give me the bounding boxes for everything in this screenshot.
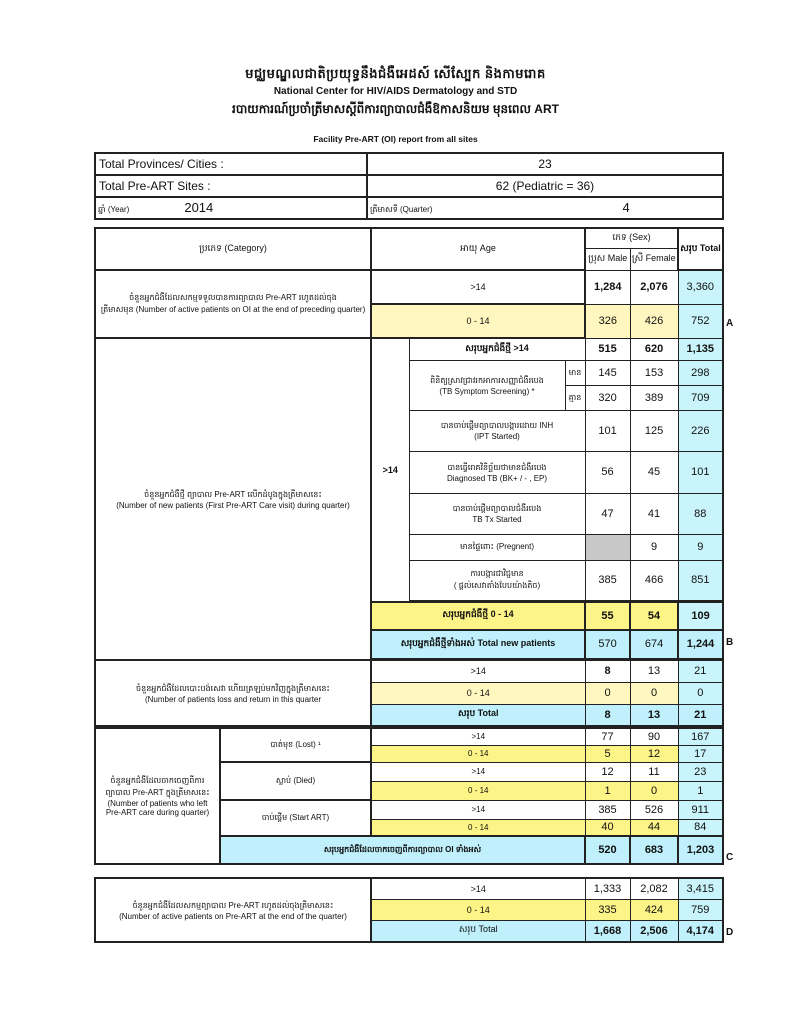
- male-cell: 320: [585, 385, 630, 410]
- provinces-label: Total Provinces/ Cities :: [95, 153, 367, 175]
- female-cell: 13: [630, 704, 678, 726]
- total-cell: 88: [678, 493, 723, 534]
- female-cell: 526: [630, 800, 678, 819]
- total-cell: 1: [678, 781, 723, 800]
- sex-header: ភេទ (Sex): [585, 228, 678, 248]
- female-header: ស្រី Female: [630, 248, 678, 270]
- subtotal-child-label: សរុបអ្នកជំងឺថ្មី 0 - 14: [371, 602, 585, 630]
- year-value: 2014: [184, 200, 213, 215]
- section-c-label: ចំនួនអ្នកជំងឺដែលចាកចេញពីការព្យាបាល Pre-A…: [95, 728, 220, 864]
- male-cell: 326: [585, 304, 630, 338]
- sites-value: 62 (Pediatric = 36): [367, 175, 723, 197]
- english-title: National Center for HIV/AIDS Dermatology…: [0, 86, 791, 97]
- female-cell: 674: [630, 630, 678, 659]
- female-cell: 13: [630, 660, 678, 682]
- female-cell: 54: [630, 602, 678, 630]
- total-cell: 298: [678, 360, 723, 385]
- report-title: Facility Pre-ART (OI) report from all si…: [0, 134, 791, 144]
- section-d-label: ចំនួនអ្នកជំងឺដែលសកម្មព្យាបាល Pre-ART រហូ…: [95, 878, 371, 942]
- row-label: បានធ្វើរោគវិនិច្ឆ័យថាមានជំងឺរបេងDiagnose…: [409, 451, 585, 493]
- total-cell: 84: [678, 819, 723, 836]
- row-label: បានចាប់ផ្តើមព្យាបាលបង្ការដោយ INH(IPT Sta…: [409, 410, 585, 451]
- khmer-subtitle: របាយការណ៍ប្រចាំត្រីមាសស្តីពីការព្យាបាលជំ…: [0, 101, 791, 119]
- quarter-value: 4: [622, 200, 629, 215]
- male-cell: 515: [585, 338, 630, 360]
- male-cell-disabled: [585, 534, 630, 560]
- total-cell: 1,203: [678, 836, 723, 864]
- male-cell: 385: [585, 800, 630, 819]
- male-cell: 40: [585, 819, 630, 836]
- female-cell: 90: [630, 728, 678, 745]
- male-header: ប្រុស Male: [585, 248, 630, 270]
- male-cell: 570: [585, 630, 630, 659]
- total-cell: 226: [678, 410, 723, 451]
- female-cell: 9: [630, 534, 678, 560]
- group-label-lost: បាត់មុខ (Lost) ¹: [220, 728, 371, 762]
- male-cell: 1,333: [585, 878, 630, 899]
- section-d-total-label: សរុប Total: [371, 920, 585, 942]
- age-cell: >14: [371, 762, 585, 781]
- total-cell: 109: [678, 602, 723, 630]
- female-cell: 2,076: [630, 270, 678, 304]
- marker-a: A: [726, 318, 733, 329]
- age-cell: 0 - 14: [371, 682, 585, 704]
- row-label: បានចាប់ផ្តើមព្យាបាលជំងឺរបេងTB Tx Started: [409, 493, 585, 534]
- year-cell: ឆ្នាំ (Year)2014: [95, 197, 367, 219]
- total-cell: 17: [678, 745, 723, 762]
- female-cell: 0: [630, 781, 678, 800]
- subtotal-adult-label: សរុបអ្នកជំងឺថ្មី >14: [409, 338, 585, 360]
- age-cell: >14: [371, 728, 585, 745]
- age-cell: 0 - 14: [371, 819, 585, 836]
- female-cell: 0: [630, 682, 678, 704]
- category-header: ប្រភេទ (Category): [95, 228, 371, 270]
- total-cell: 167: [678, 728, 723, 745]
- total-cell: 1,135: [678, 338, 723, 360]
- summary-table: Total Provinces/ Cities : 23 Total Pre-A…: [94, 152, 724, 220]
- section-c-table: ចំនួនអ្នកជំងឺដែលចាកចេញពីការព្យាបាល Pre-A…: [94, 727, 724, 865]
- section-d-table: ចំនួនអ្នកជំងឺដែលសកម្មព្យាបាល Pre-ART រហូ…: [94, 877, 724, 943]
- female-cell: 424: [630, 899, 678, 920]
- female-cell: 389: [630, 385, 678, 410]
- year-label: ឆ្នាំ (Year): [98, 205, 129, 214]
- age-cell: 0 - 14: [371, 899, 585, 920]
- female-cell: 125: [630, 410, 678, 451]
- total-cell: 4,174: [678, 920, 723, 942]
- female-cell: 45: [630, 451, 678, 493]
- total-cell: 752: [678, 304, 723, 338]
- quarter-cell: ត្រីមាសទី (Quarter)4: [367, 197, 723, 219]
- female-cell: 12: [630, 745, 678, 762]
- male-cell: 0: [585, 682, 630, 704]
- sites-label: Total Pre-ART Sites :: [95, 175, 367, 197]
- female-cell: 620: [630, 338, 678, 360]
- flag-cell: មាន: [565, 360, 585, 385]
- age-cell: 0 - 14: [371, 304, 585, 338]
- male-cell: 56: [585, 451, 630, 493]
- total-cell: 1,244: [678, 630, 723, 659]
- male-cell: 12: [585, 762, 630, 781]
- female-cell: 426: [630, 304, 678, 338]
- total-cell: 23: [678, 762, 723, 781]
- female-cell: 153: [630, 360, 678, 385]
- section-b-label: ចំនួនអ្នកជំងឺថ្មី ព្យាបាល Pre-ART លើកដំប…: [95, 338, 371, 660]
- age-cell: >14: [371, 270, 585, 304]
- age-cell: 0 - 14: [371, 781, 585, 800]
- section-a-label: ចំនួនអ្នកជំងឺដែលសកម្មទទួលបានការព្យាបាល P…: [95, 270, 371, 338]
- provinces-value: 23: [367, 153, 723, 175]
- group-label-died: ស្លាប់ (Died): [220, 762, 371, 800]
- khmer-title: មជ្ឈមណ្ឌលជាតិប្រយុទ្ធនឹងជំងឺអេដស៍ សើស្បែ…: [0, 66, 791, 85]
- total-cell: 101: [678, 451, 723, 493]
- male-cell: 77: [585, 728, 630, 745]
- loss-return-label: ចំនួនអ្នកជំងឺដែលបោះបង់សេវា ហើយត្រឡប់មកវិ…: [95, 660, 371, 726]
- male-cell: 335: [585, 899, 630, 920]
- male-cell: 47: [585, 493, 630, 534]
- female-cell: 2,082: [630, 878, 678, 899]
- male-cell: 145: [585, 360, 630, 385]
- age-cell: 0 - 14: [371, 745, 585, 762]
- total-cell: 851: [678, 560, 723, 600]
- flag-cell: គ្មាន: [565, 385, 585, 410]
- male-cell: 5: [585, 745, 630, 762]
- total-cell: 9: [678, 534, 723, 560]
- total-new-label: សរុបអ្នកជំងឺថ្មីទាំងអស់ Total new patien…: [371, 630, 585, 659]
- male-cell: 1,284: [585, 270, 630, 304]
- age-cell: >14: [371, 800, 585, 819]
- female-cell: 44: [630, 819, 678, 836]
- male-cell: 101: [585, 410, 630, 451]
- total-cell: 759: [678, 899, 723, 920]
- row-label: មានផ្ទៃពោះ (Pregnent): [409, 534, 585, 560]
- age-cell: >14: [371, 878, 585, 899]
- total-cell: 3,360: [678, 270, 723, 304]
- total-cell: 21: [678, 704, 723, 726]
- male-cell: 1: [585, 781, 630, 800]
- total-cell: 21: [678, 660, 723, 682]
- age-header: អាយុ Age: [371, 228, 585, 270]
- male-cell: 1,668: [585, 920, 630, 942]
- age-group-cell: >14: [371, 338, 409, 602]
- total-cell: 3,415: [678, 878, 723, 899]
- row-label: ការបង្ការជាវិជ្ជមាន( ផ្តល់សេវាតាំងបែបយ៉ា…: [409, 560, 585, 600]
- male-cell: 520: [585, 836, 630, 864]
- marker-b: B: [726, 637, 733, 648]
- female-cell: 683: [630, 836, 678, 864]
- male-cell: 55: [585, 602, 630, 630]
- quarter-label: ត្រីមាសទី (Quarter): [370, 205, 432, 214]
- female-cell: 2,506: [630, 920, 678, 942]
- total-cell: 709: [678, 385, 723, 410]
- male-cell: 385: [585, 560, 630, 600]
- section-c-total-label: សរុបអ្នកជំងឺដែលចាកចេញពីការព្យាបាល OI ទាំ…: [220, 836, 585, 864]
- tb-screening-label: ពិនិត្យស្រាវជ្រាវរកអាការសញ្ញាជំងឺរបេង(TB…: [409, 360, 565, 410]
- age-cell: >14: [371, 660, 585, 682]
- female-cell: 466: [630, 560, 678, 600]
- total-cell: 0: [678, 682, 723, 704]
- female-cell: 41: [630, 493, 678, 534]
- marker-d: D: [726, 927, 733, 938]
- male-cell: 8: [585, 704, 630, 726]
- group-label-start-art: ចាប់ផ្តើម (Start ART): [220, 800, 371, 836]
- total-header: សរុប Total: [678, 228, 723, 270]
- male-cell: 8: [585, 660, 630, 682]
- main-report-table: ប្រភេទ (Category) អាយុ Age ភេទ (Sex) សរុ…: [94, 227, 724, 727]
- lr-total-label: សរុប Total: [371, 704, 585, 726]
- female-cell: 11: [630, 762, 678, 781]
- total-cell: 911: [678, 800, 723, 819]
- marker-c: C: [726, 852, 733, 863]
